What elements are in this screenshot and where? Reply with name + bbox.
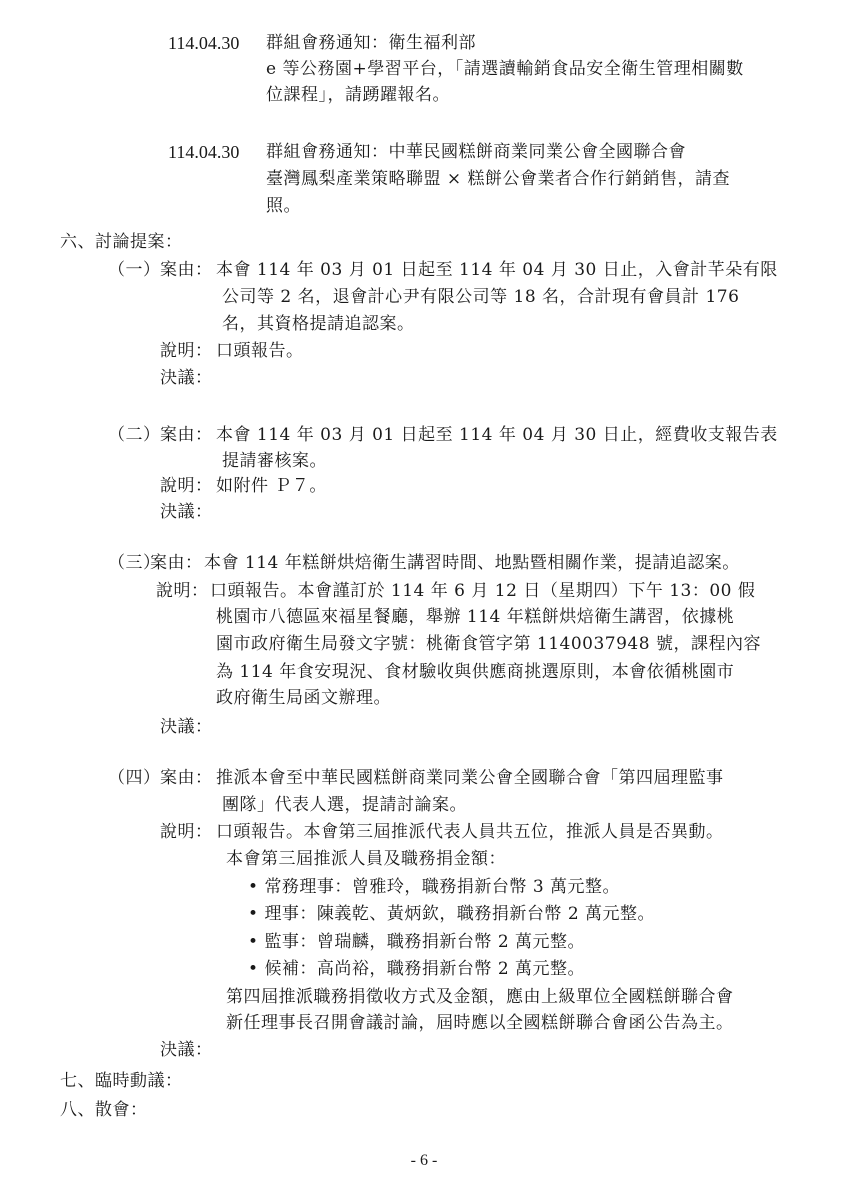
case-text: 團隊」代表人選，提請討論案。 bbox=[222, 794, 467, 816]
bullet-item: • 常務理事：曾雅玲，職務捐新台幣 3 萬元整。 bbox=[248, 876, 620, 898]
case-label: 案由： bbox=[160, 259, 213, 281]
notice-text: 位課程」，請踴躍報名。 bbox=[266, 84, 450, 106]
bullet-item: • 監事：曾瑞麟，職務捐新台幣 2 萬元整。 bbox=[248, 931, 585, 953]
bullet-text: 常務理事：曾雅玲，職務捐新台幣 3 萬元整。 bbox=[264, 877, 620, 897]
explain-text: 口頭報告。本會謹訂於 114 年 6 月 12 日（星期四）下午 13：00 假 bbox=[210, 580, 755, 602]
explain-text: 政府衛生局函文辦理。 bbox=[216, 687, 391, 709]
footer-text: 新任理事長召開會議討論，屆時應以全國糕餅聯合會函公告為主。 bbox=[226, 1012, 734, 1034]
bullet-text: 監事：曾瑞麟，職務捐新台幣 2 萬元整。 bbox=[264, 932, 585, 952]
bullet-icon: • bbox=[248, 877, 259, 897]
explain-text: 桃園市八德區來福星餐廳，舉辦 114 年糕餅烘焙衛生講習，依據桃 bbox=[216, 606, 734, 628]
notice-text: 臺灣鳳梨產業策略聯盟 × 糕餅公會業者合作行銷銷售，請查 bbox=[266, 168, 730, 190]
case-label: 案由： bbox=[160, 767, 213, 789]
notice-text: 照。 bbox=[266, 195, 301, 217]
section-heading-discussion: 六、討論提案： bbox=[60, 231, 183, 253]
explain-text: 本會第三屆推派人員及職務捐金額： bbox=[226, 848, 506, 870]
case-label: 案由： bbox=[150, 552, 203, 574]
case-text: 公司等 2 名，退會計心尹有限公司等 18 名，合計現有會員計 176 bbox=[222, 286, 739, 308]
bullet-icon: • bbox=[248, 904, 259, 924]
case-text: 本會 114 年糕餅烘焙衛生講習時間、地點暨相關作業，提請追認案。 bbox=[204, 552, 740, 574]
bullet-item: • 候補：高尚裕，職務捐新台幣 2 萬元整。 bbox=[248, 958, 585, 980]
explain-text: 口頭報告。 bbox=[216, 340, 304, 362]
resolution-label: 決議： bbox=[160, 1039, 213, 1061]
explain-label: 說明： bbox=[160, 475, 213, 497]
bullet-icon: • bbox=[248, 932, 259, 952]
notice-text: 群組會務通知：衛生福利部 bbox=[266, 32, 476, 54]
explain-label: 說明： bbox=[156, 580, 209, 602]
case-text: 提請審核案。 bbox=[222, 450, 327, 472]
resolution-label: 決議： bbox=[160, 367, 213, 389]
bullet-text: 候補：高尚裕，職務捐新台幣 2 萬元整。 bbox=[264, 959, 585, 979]
notice-text: e 等公務園+學習平台，「請選讀輸銷食品安全衛生管理相關數 bbox=[266, 58, 744, 80]
notice-date: 114.04.30 bbox=[168, 141, 239, 163]
case-text: 推派本會至中華民國糕餅商業同業公會全國聯合會「第四屆理監事 bbox=[216, 767, 724, 789]
section-heading-extempore-motion: 七、臨時動議： bbox=[60, 1070, 183, 1092]
explain-label: 說明： bbox=[160, 821, 213, 843]
bullet-icon: • bbox=[248, 959, 259, 979]
explain-text: 園市政府衛生局發文字號：桃衛食管字第 1140037948 號，課程內容 bbox=[216, 633, 761, 655]
notice-date: 114.04.30 bbox=[168, 32, 239, 54]
case-text: 名，其資格提請追認案。 bbox=[222, 313, 415, 335]
proposal-number: （一） bbox=[108, 259, 161, 281]
resolution-label: 決議： bbox=[160, 716, 213, 738]
proposal-number: （二） bbox=[108, 424, 161, 446]
explain-text: 如附件 Ｐ７。 bbox=[216, 475, 327, 497]
bullet-item: • 理事：陳義乾、黃炳欽，職務捐新台幣 2 萬元整。 bbox=[248, 903, 655, 925]
proposal-number: （四） bbox=[108, 767, 161, 789]
explain-label: 說明： bbox=[160, 340, 213, 362]
bullet-text: 理事：陳義乾、黃炳欽，職務捐新台幣 2 萬元整。 bbox=[264, 904, 655, 924]
case-label: 案由： bbox=[160, 424, 213, 446]
resolution-label: 決議： bbox=[160, 501, 213, 523]
case-text: 本會 114 年 03 月 01 日起至 114 年 04 月 30 日止，經費… bbox=[216, 424, 778, 446]
page-number: - 6 - bbox=[0, 1152, 848, 1170]
notice-text: 群組會務通知：中華民國糕餅商業同業公會全國聯合會 bbox=[266, 141, 686, 163]
explain-text: 口頭報告。本會第三屆推派代表人員共五位，推派人員是否異動。 bbox=[216, 821, 724, 843]
section-heading-adjournment: 八、散會： bbox=[60, 1099, 148, 1121]
case-text: 本會 114 年 03 月 01 日起至 114 年 04 月 30 日止，入會… bbox=[216, 259, 778, 281]
footer-text: 第四屆推派職務捐徵收方式及金額，應由上級單位全國糕餅聯合會 bbox=[226, 986, 734, 1008]
explain-text: 為 114 年食安現況、食材驗收與供應商挑選原則，本會依循桃園市 bbox=[216, 661, 734, 683]
